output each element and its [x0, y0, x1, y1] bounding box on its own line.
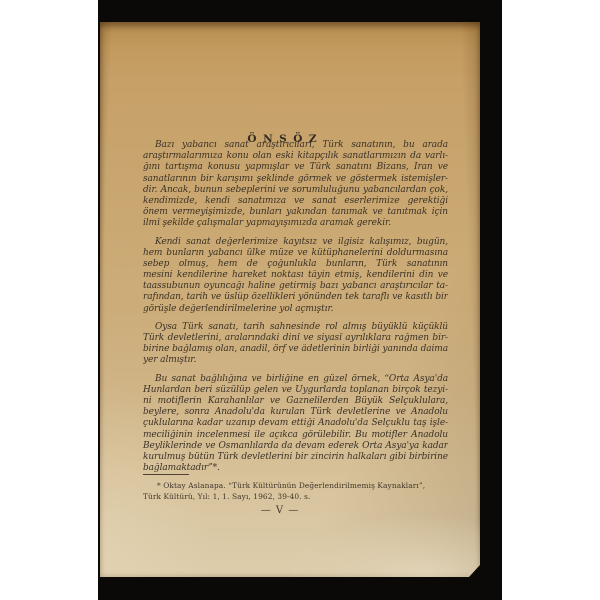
body-line: araştırmalarımıza konu olan eski kitapçı… [143, 151, 448, 162]
body-paragraph: Bazı yabancı sanat araştırıcıları, Türk … [143, 140, 448, 230]
page-number: — V — [261, 505, 300, 517]
body-line: yer almıştır. [143, 355, 448, 366]
body-line: görüşle değerlendirilmelerine yol açmışt… [143, 304, 448, 315]
footnote-block: * Oktay Aslanapa. “Türk Kültürünün Değer… [143, 480, 443, 502]
body-line: mesini kendilerine hareket noktası tâyin… [143, 270, 448, 281]
body-line: taassubunun oyuncağı haline getirmiş baz… [143, 281, 448, 292]
body-line: ğını tartışma konusu yapmışlar ve Türk s… [143, 162, 448, 173]
body-line: meciliğinin incelenmesi ile açıkca görül… [143, 430, 448, 441]
body-line: ni motiflerin Karahanlılar ve Gazneliler… [143, 396, 448, 407]
page-corner-notch-inner [473, 569, 480, 577]
body-paragraph: Oysa Türk sanatı, tarih sahnesinde rol a… [143, 322, 448, 367]
body-line: ilmî şekilde çalışmalar yapmayışımızda a… [143, 218, 448, 229]
body-line: bağlamaktadır”*. [143, 463, 448, 474]
body-paragraph: Kendi sanat değerlerimize kayıtsız ve il… [143, 237, 448, 315]
body-line: Bazı yabancı sanat araştırıcıları, Türk … [143, 140, 448, 151]
body-line: kurulmuş bütün Türk devletlerini bir zin… [143, 452, 448, 463]
body-line: Bu sanat bağlılığına ve birliğine en güz… [143, 374, 448, 385]
body-line: hem bunların yabancı ülke müze ve kütüph… [143, 248, 448, 259]
body-line: Beyliklerinde ve Osmanlılarda da devam e… [143, 441, 448, 452]
body-line: çuklularına kadar uzanıp devam ettiği An… [143, 418, 448, 429]
body-line: beylere, sonra Anadolu'da kurulan Türk d… [143, 407, 448, 418]
body-line: Oysa Türk sanatı, tarih sahnesinde rol a… [143, 322, 448, 333]
body-line: dir. Ancak, bunun sebeplerini ve sorumlu… [143, 185, 448, 196]
body-line: kendimizde, kendi sanatımıza ve sanat es… [143, 196, 448, 207]
footnote-line: Türk Kültürü, Yıl: 1, 1. Sayı, 1962, 39-… [143, 491, 443, 502]
body-line: birine bağlamış olan, anadil, örf ve âde… [143, 344, 448, 355]
book-page: ÖNSÖZ Bazı yabancı sanat araştırıcıları,… [100, 22, 480, 577]
body-line: önem vermeyişimizde, bunları yakından ta… [143, 207, 448, 218]
footnote-rule [143, 474, 189, 475]
footnote-line: * Oktay Aslanapa. “Türk Kültürünün Değer… [143, 480, 443, 491]
body-line: sanatlarının bir karışımı şeklinde görme… [143, 174, 448, 185]
photo-backdrop: ÖNSÖZ Bazı yabancı sanat araştırıcıları,… [98, 0, 502, 600]
body-line: rafından, tarih ve üslûp özellikleri yön… [143, 292, 448, 303]
body-paragraph: Bu sanat bağlılığına ve birliğine en güz… [143, 374, 448, 475]
body-line: Hunlardan beri süzülüp gelen ve Uygurlar… [143, 385, 448, 396]
body-line: Kendi sanat değerlerimize kayıtsız ve il… [143, 237, 448, 248]
body-text-block: Bazı yabancı sanat araştırıcıları, Türk … [143, 140, 448, 474]
scan-canvas: ÖNSÖZ Bazı yabancı sanat araştırıcıları,… [0, 0, 600, 600]
body-line: sebep olmuş, hem de çoğunlukla bunların,… [143, 259, 448, 270]
body-line: Türk devletlerini, aralarındaki dinî ve … [143, 333, 448, 344]
